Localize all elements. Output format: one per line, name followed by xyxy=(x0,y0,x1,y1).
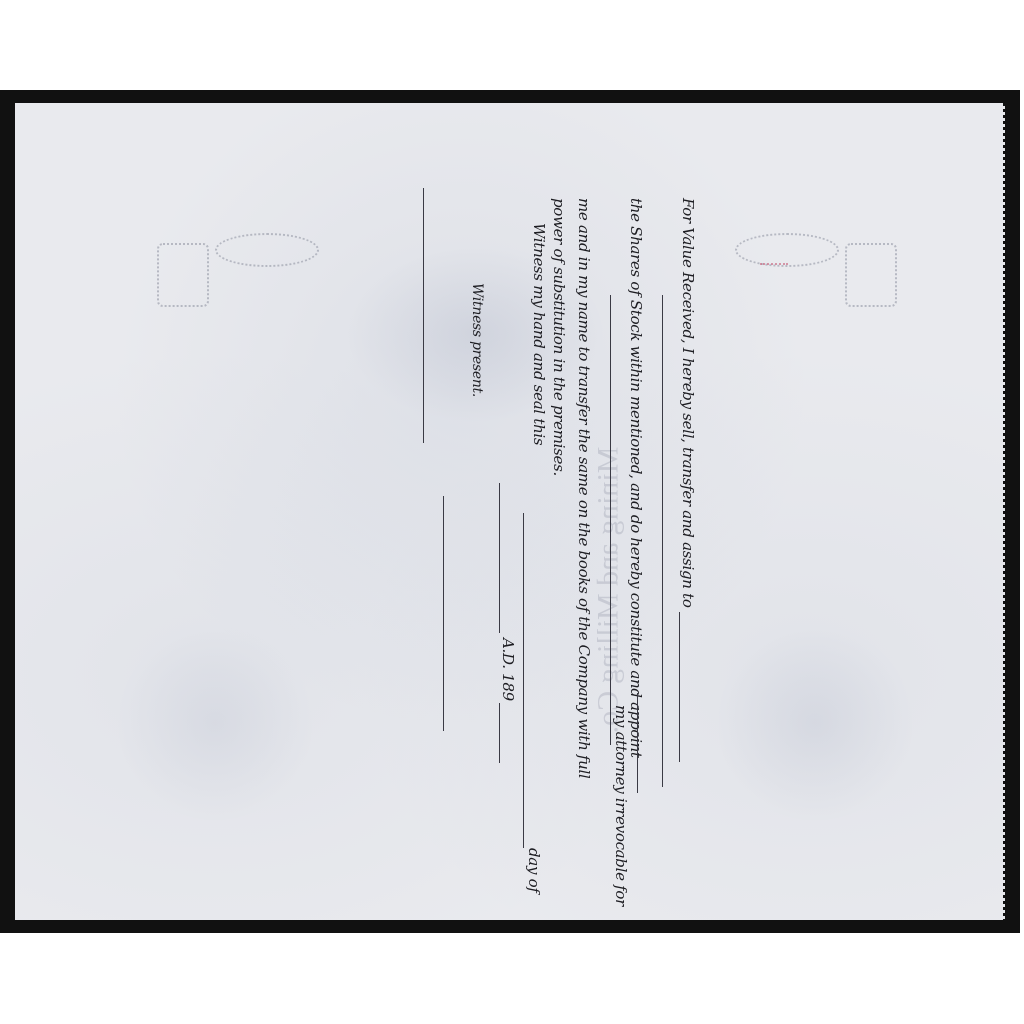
witness-signature-rule-2[interactable] xyxy=(443,496,444,731)
bleed-company-name: Mining and Milling Co. xyxy=(591,447,625,734)
bleed-seal-left xyxy=(115,623,315,823)
ad-year-rule-1 xyxy=(499,483,500,633)
witness-signature-rule-1[interactable] xyxy=(423,188,424,443)
witness-label: Witness present. xyxy=(469,283,485,397)
assignment-line-2: the Shares of Stock within mentioned, an… xyxy=(627,198,645,758)
assignment-line-4: power of substitution in the premises. xyxy=(550,198,568,476)
ad-year-rule-2 xyxy=(499,703,500,763)
assignment-line-5: Witness my hand and seal this xyxy=(530,223,548,445)
bleed-seal-right xyxy=(715,623,915,823)
assignee-blank[interactable] xyxy=(679,612,681,762)
assignment-line-3: me and in my name to transfer the same o… xyxy=(575,198,593,779)
perforated-edge xyxy=(1003,103,1005,920)
right-stamp-ornament-icon xyxy=(845,243,897,307)
assignment-line-2b: my attorney irrevocable for xyxy=(612,705,630,906)
assignment-line-1: For Value Received, I hereby sell, trans… xyxy=(679,198,697,766)
date-day-rule xyxy=(523,513,524,848)
certificate-paper: Mining and Milling Co. For Value Receive… xyxy=(15,103,1005,920)
left-flourish-icon xyxy=(215,233,319,267)
assignee-rule-top xyxy=(662,295,663,787)
assignment-line-6: A.D. 189 xyxy=(499,638,517,701)
left-stamp-ornament-icon xyxy=(157,243,209,307)
attorney-rule-2 xyxy=(637,693,638,793)
red-serial-mark xyxy=(760,253,788,265)
attorney-rule xyxy=(610,295,611,745)
assignment-line-5b: day of xyxy=(525,848,543,893)
